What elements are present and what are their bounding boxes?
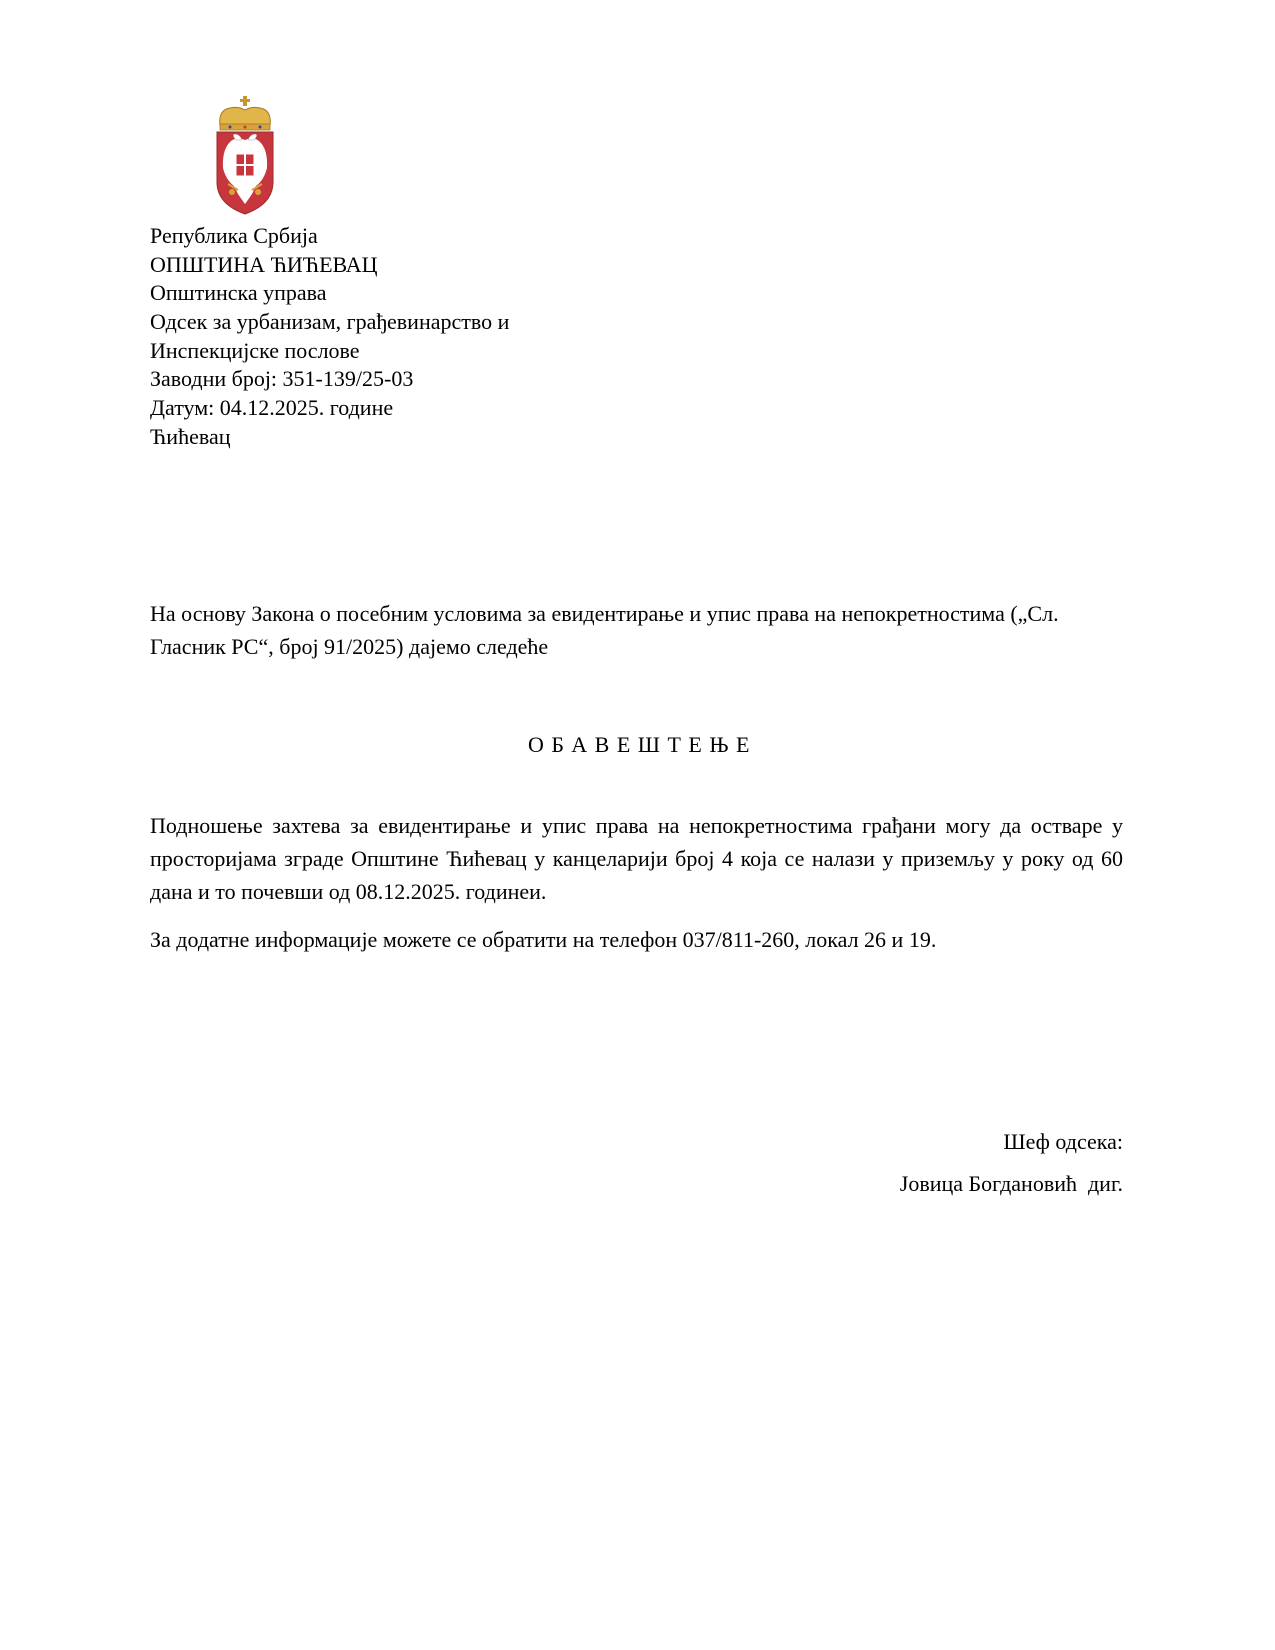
intro-paragraph: На основу Закона о посебним условима за …	[150, 597, 1123, 663]
header-department-cont: Инспекцијске послове	[150, 337, 509, 366]
coat-of-arms-icon	[214, 96, 276, 216]
body-paragraph-submission: Подношење захтева за евидентирање и упис…	[150, 809, 1123, 908]
header-administration: Општинска управа	[150, 279, 509, 308]
sender-header: Република Србија ОПШТИНА ЋИЋЕВАЦ Општинс…	[150, 222, 509, 452]
signature-name: Јовица Богдановић диг.	[900, 1171, 1123, 1197]
header-place: Ћићевац	[150, 423, 509, 452]
signature-role: Шеф одсека:	[1003, 1129, 1123, 1155]
header-date: Датум: 04.12.2025. године	[150, 394, 509, 423]
body-paragraph-contact: За додатне информације можете се обратит…	[150, 923, 1123, 956]
header-country: Република Србија	[150, 222, 509, 251]
header-municipality: ОПШТИНА ЋИЋЕВАЦ	[150, 251, 509, 280]
header-department: Одсек за урбанизам, грађевинарство и	[150, 308, 509, 337]
header-reference-number: Заводни број: 351-139/25-03	[150, 365, 509, 394]
document-title: ОБАВЕШТЕЊЕ	[0, 732, 1275, 758]
